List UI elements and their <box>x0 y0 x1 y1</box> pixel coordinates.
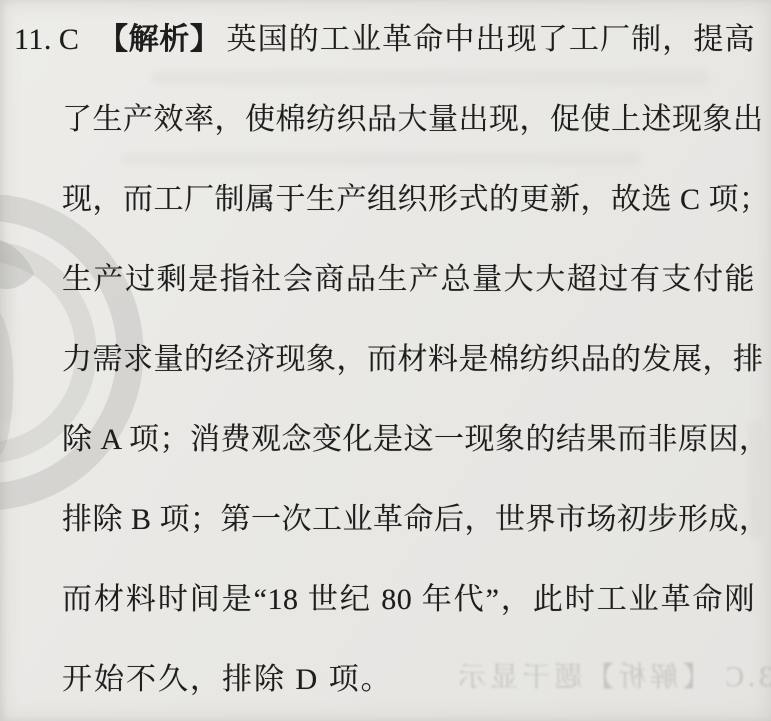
bleedthrough-mirrored-text: 3.C 【解析】题干显示 <box>318 648 771 708</box>
analysis-label: 【解析】 <box>97 23 220 56</box>
explanation-line-8: 而材料时间是“18 世纪 80 年代”，此时工业革命刚 <box>0 560 771 640</box>
explanation-line-1: 11.C【解析】英国的工业革命中出现了工厂制，提高 <box>0 0 771 80</box>
question-number: 11. <box>14 23 52 56</box>
explanation-text: 英国的工业革命中出现了工厂制，提高 <box>227 23 755 56</box>
answer-explanation: 11.C【解析】英国的工业革命中出现了工厂制，提高 了生产效率，使棉纺织品大量出… <box>0 0 771 720</box>
explanation-line-4: 生产过剩是指社会商品生产总量大大超过有支付能 <box>0 240 771 320</box>
explanation-line-5: 力需求量的经济现象，而材料是棉纺织品的发展，排 <box>0 320 771 400</box>
explanation-line-2: 了生产效率，使棉纺织品大量出现，促使上述现象出 <box>0 80 771 160</box>
explanation-line-3: 现，而工厂制属于生产组织形式的更新，故选 C 项； <box>0 160 771 240</box>
scanned-answer-page: 11.C【解析】英国的工业革命中出现了工厂制，提高 了生产效率，使棉纺织品大量出… <box>0 0 771 721</box>
answer-letter: C <box>59 23 80 56</box>
explanation-line-6: 除 A 项；消费观念变化是这一现象的结果而非原因， <box>0 400 771 480</box>
explanation-line-7: 排除 B 项；第一次工业革命后，世界市场初步形成， <box>0 480 771 560</box>
